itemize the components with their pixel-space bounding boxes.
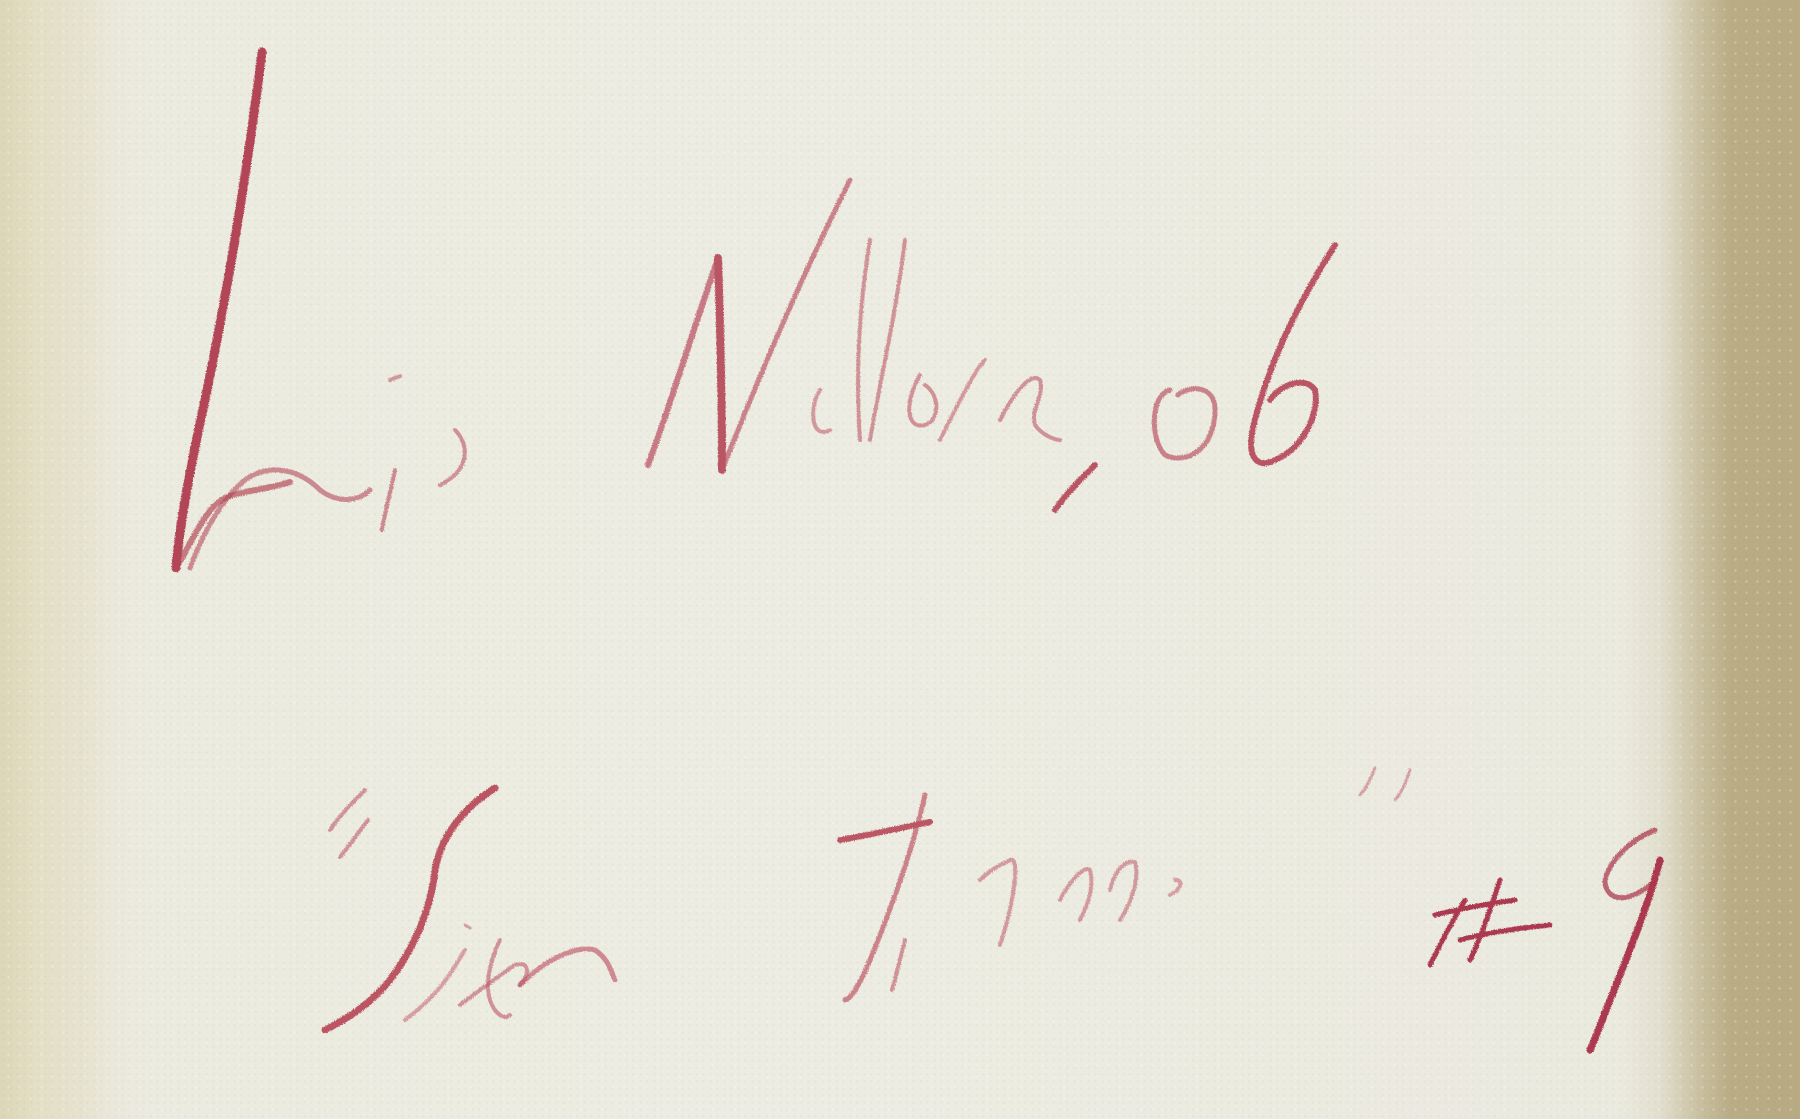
- signature-year: [1055, 245, 1335, 510]
- title-word-1: [325, 788, 615, 1030]
- title-word-2: [840, 768, 1410, 1000]
- title-number: [1430, 830, 1660, 1050]
- handwriting: [0, 0, 1800, 1119]
- signature-initial: [176, 52, 465, 568]
- photograph: Lia Nabre, 06 "Sen Titov" #9: [0, 0, 1800, 1119]
- signature-name: [648, 180, 1060, 470]
